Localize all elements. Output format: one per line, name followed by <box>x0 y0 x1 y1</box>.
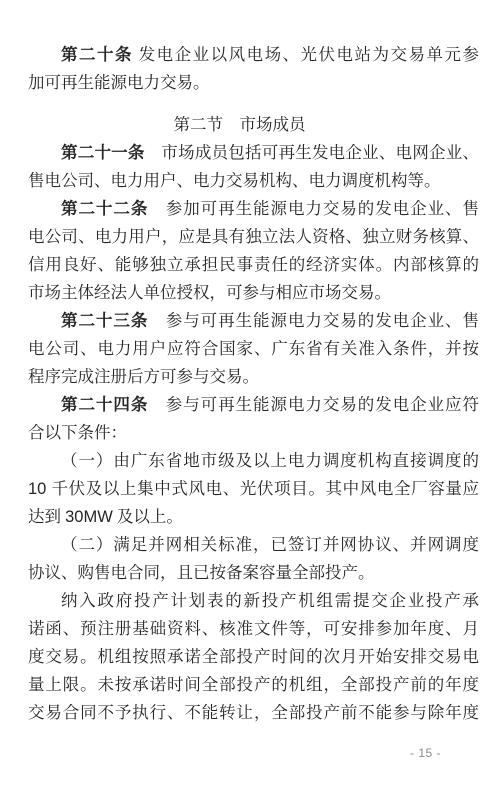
text-segment: 诺函、预注册基础资料、核准文件等，可安排参加年度、月 <box>28 619 479 638</box>
text-segment: 达到 <box>28 507 65 526</box>
text-segment: 市场成员包括可再生发电企业、电网企业、 <box>145 143 479 162</box>
text-segment: 量上限。未按承诺时间全部投产的机组，全部投产前的年度 <box>28 675 479 694</box>
text-segment: 30MW <box>65 508 113 526</box>
article-number: 第二十二条 <box>61 199 148 218</box>
text-segment: 参与可再生能源电力交易的发电企业、售 <box>148 311 479 330</box>
text-segment: 电公司、电力用户，应是具有独立法人资格、独立财务核算、 <box>28 227 479 246</box>
article-number: 第二十条 <box>61 45 133 64</box>
text-segment: 参与可再生能源电力交易的发电企业应符 <box>148 395 479 414</box>
text-line: 协议、购售电合同，且已按备案容量全部投产。 <box>28 559 479 587</box>
text-segment: （二）满足并网相关标准，已签订并网协议、并网调度 <box>61 535 479 554</box>
text-segment: 及以上。 <box>113 507 183 526</box>
article-number: 第二十四条 <box>61 395 148 414</box>
text-line: 第二十二条 参加可再生能源电力交易的发电企业、售 <box>28 195 479 223</box>
text-line: 第二十一条 市场成员包括可再生发电企业、电网企业、 <box>28 139 479 167</box>
text-segment: 交易合同不予执行、不能转让，全部投产前不能参与除年度 <box>28 703 479 722</box>
text-line: 交易合同不予执行、不能转让，全部投产前不能参与除年度 <box>28 699 479 727</box>
text-line: 第二十四条 参与可再生能源电力交易的发电企业应符 <box>28 391 479 419</box>
text-segment: 市场主体经法人单位授权，可参与相应市场交易。 <box>28 283 391 302</box>
article-22: 第二十二条 参加可再生能源电力交易的发电企业、售电公司、电力用户，应是具有独立法… <box>28 195 479 307</box>
text-segment: 售电公司、电力用户、电力交易机构、电力调度机构等。 <box>28 171 441 190</box>
article-23: 第二十三条 参与可再生能源电力交易的发电企业、售电公司、电力用户应符合国家、广东… <box>28 307 479 391</box>
text-segment: 参加可再生能源电力交易的发电企业、售 <box>148 199 479 218</box>
text-segment: 10 <box>28 480 52 498</box>
text-line: （二）满足并网相关标准，已签订并网协议、并网调度 <box>28 531 479 559</box>
document-page: 第二十条 发电企业以风电场、光伏电站为交易单元参加可再生能源电力交易。第二节 市… <box>0 0 504 791</box>
text-segment: 电公司、电力用户应符合国家、广东省有关准入条件，并按 <box>28 339 479 358</box>
text-segment: 加可再生能源电力交易。 <box>28 73 210 92</box>
text-line: 电公司、电力用户，应是具有独立法人资格、独立财务核算、 <box>28 223 479 251</box>
text-segment: 程序完成注册后方可参与交易。 <box>28 367 259 386</box>
text-line: 诺函、预注册基础资料、核准文件等，可安排参加年度、月 <box>28 615 479 643</box>
text-line: 达到 30MW 及以上。 <box>28 503 479 531</box>
article-21: 第二十一条 市场成员包括可再生发电企业、电网企业、售电公司、电力用户、电力交易机… <box>28 139 479 195</box>
text-line: 量上限。未按承诺时间全部投产的机组，全部投产前的年度 <box>28 671 479 699</box>
article-number: 第二十一条 <box>61 143 145 162</box>
page-number: - 15 - <box>410 746 441 760</box>
text-line: 程序完成注册后方可参与交易。 <box>28 363 479 391</box>
text-segment: 度交易。机组按照承诺全部投产时间的次月开始安排交易电 <box>28 647 479 666</box>
text-line: 10 千伏及以上集中式风电、光伏项目。其中风电全厂容量应 <box>28 475 479 503</box>
text-line: 度交易。机组按照承诺全部投产时间的次月开始安排交易电 <box>28 643 479 671</box>
section-heading: 第二节 市场成员 <box>28 111 479 139</box>
text-line: 信用良好、能够独立承担民事责任的经济实体。内部核算的 <box>28 251 479 279</box>
text-line: 市场主体经法人单位授权，可参与相应市场交易。 <box>28 279 479 307</box>
text-segment: （一）由广东省地市级及以上电力调度机构直接调度的 <box>61 451 479 470</box>
document-content: 第二十条 发电企业以风电场、光伏电站为交易单元参加可再生能源电力交易。第二节 市… <box>28 41 479 727</box>
text-line: （一）由广东省地市级及以上电力调度机构直接调度的 <box>28 447 479 475</box>
condition-item-1: （一）由广东省地市级及以上电力调度机构直接调度的10 千伏及以上集中式风电、光伏… <box>28 447 479 531</box>
text-segment: 信用良好、能够独立承担民事责任的经济实体。内部核算的 <box>28 255 479 274</box>
text-line: 加可再生能源电力交易。 <box>28 69 479 97</box>
text-line: 纳入政府投产计划表的新投产机组需提交企业投产承 <box>28 587 479 615</box>
text-segment: 协议、购售电合同，且已按备案容量全部投产。 <box>28 563 375 582</box>
text-segment: 发电企业以风电场、光伏电站为交易单元参 <box>133 45 479 64</box>
text-line: 第二十条 发电企业以风电场、光伏电站为交易单元参 <box>28 41 479 69</box>
article-number: 第二十三条 <box>61 311 148 330</box>
text-segment: 千伏及以上集中式风电、光伏项目。其中风电全厂容量应 <box>52 479 479 498</box>
text-segment: 纳入政府投产计划表的新投产机组需提交企业投产承 <box>61 591 479 610</box>
text-line: 售电公司、电力用户、电力交易机构、电力调度机构等。 <box>28 167 479 195</box>
new-unit-commitment-paragraph: 纳入政府投产计划表的新投产机组需提交企业投产承诺函、预注册基础资料、核准文件等，… <box>28 587 479 727</box>
article-20: 第二十条 发电企业以风电场、光伏电站为交易单元参加可再生能源电力交易。 <box>28 41 479 97</box>
text-segment: 合以下条件： <box>28 423 127 442</box>
condition-item-2: （二）满足并网相关标准，已签订并网协议、并网调度协议、购售电合同，且已按备案容量… <box>28 531 479 587</box>
text-line: 第二十三条 参与可再生能源电力交易的发电企业、售 <box>28 307 479 335</box>
text-line: 电公司、电力用户应符合国家、广东省有关准入条件，并按 <box>28 335 479 363</box>
article-24: 第二十四条 参与可再生能源电力交易的发电企业应符合以下条件： <box>28 391 479 447</box>
text-line: 合以下条件： <box>28 419 479 447</box>
